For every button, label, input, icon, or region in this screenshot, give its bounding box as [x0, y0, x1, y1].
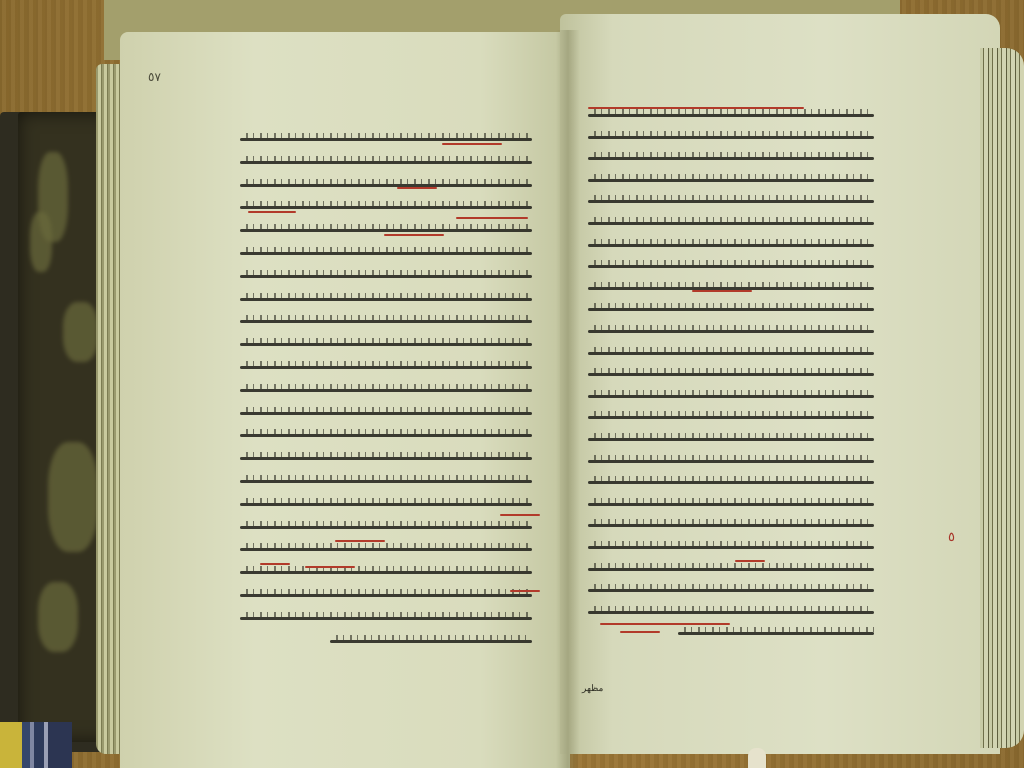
rubric-overline: [384, 234, 444, 236]
margin-note: ٥: [948, 530, 955, 545]
text-line: [588, 546, 874, 549]
text-line: [588, 179, 874, 182]
pens: [22, 722, 72, 768]
rubric-overline: [335, 540, 385, 542]
text-line: [240, 389, 532, 392]
text-line: [588, 460, 874, 463]
text-line: [240, 571, 532, 574]
text-line: [240, 480, 532, 483]
text-line: [588, 611, 874, 614]
text-line: [588, 308, 874, 311]
text-line: [588, 114, 874, 117]
text-line: [240, 412, 532, 415]
text-line: [240, 206, 532, 209]
text-line: [240, 229, 532, 232]
text-line: [588, 503, 874, 506]
cover-wear: [48, 442, 98, 552]
rubric-overline: [510, 590, 540, 592]
rubric-overline: [500, 514, 540, 516]
bookmark: [748, 748, 766, 768]
cover-wear: [38, 582, 78, 652]
text-line: [240, 366, 532, 369]
cover-wear: [30, 212, 52, 272]
text-line: [588, 416, 874, 419]
text-line: [588, 481, 874, 484]
text-line: [588, 265, 874, 268]
cover-wear: [63, 302, 98, 362]
text-line: [240, 252, 532, 255]
rubric-overline: [692, 290, 752, 292]
text-line: [588, 373, 874, 376]
text-line: [240, 503, 532, 506]
rubric-overline: [588, 107, 804, 109]
left-page: [120, 32, 570, 768]
text-line: [588, 589, 874, 592]
text-line: [240, 434, 532, 437]
rubric-overline: [600, 623, 730, 625]
text-line: [330, 640, 532, 643]
catchword: مظهر: [582, 684, 603, 694]
text-line: [588, 330, 874, 333]
text-line: [588, 524, 874, 527]
text-line: [240, 184, 532, 187]
rubric-overline: [620, 631, 660, 633]
text-line: [588, 136, 874, 139]
text-line: [588, 395, 874, 398]
text-line: [588, 222, 874, 225]
text-line: [240, 138, 532, 141]
text-line: [678, 632, 874, 635]
rubric-overline: [442, 143, 502, 145]
rubric-overline: [456, 217, 528, 219]
page-number: ٥٧: [148, 70, 161, 84]
text-line: [240, 617, 532, 620]
text-line: [588, 438, 874, 441]
text-line: [240, 526, 532, 529]
text-line: [240, 320, 532, 323]
text-line: [240, 275, 532, 278]
text-line: [588, 244, 874, 247]
text-line: [240, 548, 532, 551]
text-line: [240, 343, 532, 346]
text-line: [240, 457, 532, 460]
text-line: [588, 352, 874, 355]
text-line: [588, 157, 874, 160]
rubric-overline: [735, 560, 765, 562]
rubric-overline: [305, 566, 355, 568]
gutter: [556, 30, 580, 768]
page-edges-right: [980, 48, 1024, 748]
rubric-overline: [248, 211, 296, 213]
text-line: [240, 161, 532, 164]
text-line: [240, 594, 532, 597]
right-page: [560, 14, 1000, 754]
rubric-overline: [397, 187, 437, 189]
rubric-overline: [260, 563, 290, 565]
text-line: [240, 298, 532, 301]
text-line: [588, 200, 874, 203]
text-line: [588, 568, 874, 571]
